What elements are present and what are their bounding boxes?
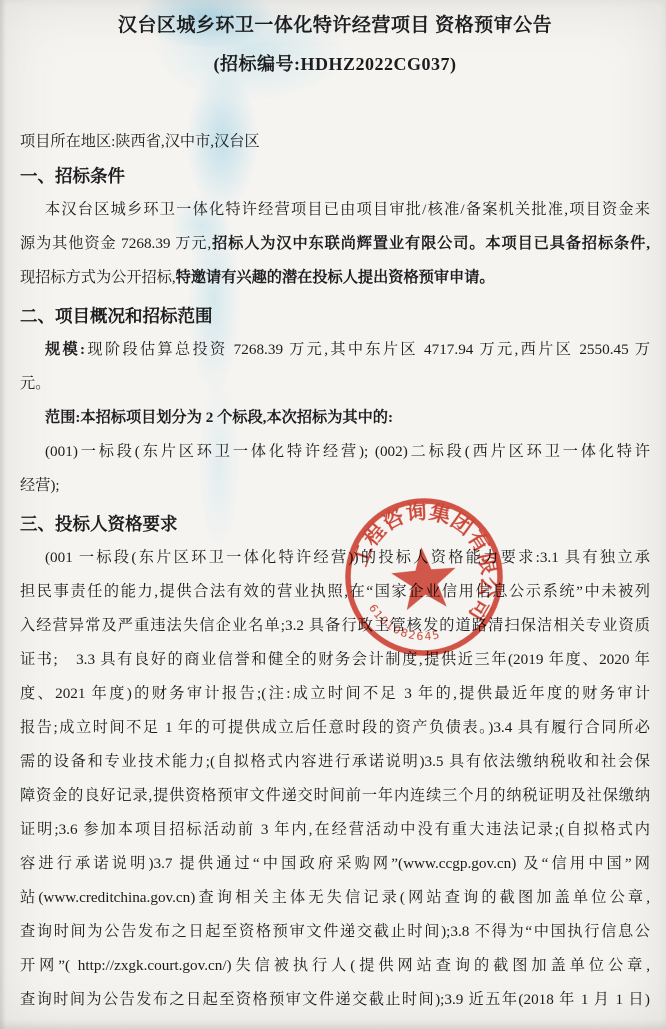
body-line: 规模:现阶段估算总投资 7268.39 万元,其中东片区 4717.94 万元,… (20, 333, 650, 367)
lots-line: (001)一标段(东片区环卫一体化特许经营); (002)二标段(西片区环卫一体… (20, 435, 650, 469)
body-line: 站(www.creditchina.gov.cn)查询相关主体无失信记录(网站查… (20, 881, 650, 915)
body-line: (001 一标段(东片区环卫一体化特许经营))的投标人资格能力要求:3.1 具有… (20, 541, 650, 575)
body-text: 源为其他资金 7268.39 万元, (20, 235, 211, 252)
section-heading-3: 三、投标人资格要求 (20, 507, 650, 541)
body-line: 查询时间为公告发布之日起至资格预审文件递交截止时间);3.9 近五年(2018 … (20, 983, 650, 1017)
body-line: 障资金的良好记录,提供资格预审文件递交时间前一年内连续三个月的纳税证明及社保缴纳 (20, 779, 650, 813)
scope-line: 范围:本招标项目划分为 2 个标段,本次招标为其中的: (20, 401, 650, 435)
body-line: 容进行承诺说明)3.7 提供通过“中国政府采购网”(www.ccgp.gov.c… (20, 847, 650, 881)
body-line: 担民事责任的能力,提供合法有效的营业执照,在“国家企业信用信息公示系统”中未被列 (20, 575, 650, 609)
body-line: 本汉台区城乡环卫一体化特许经营项目已由项目审批/核准/备案机关批准,项目资金来 (20, 193, 650, 227)
body-line: 现招标方式为公开招标,特邀请有兴趣的潜在投标人提出资格预审申请。 (20, 261, 650, 295)
body-line: 源为其他资金 7268.39 万元,招标人为汉中东联尚辉置业有限公司。本项目已具… (20, 227, 650, 261)
section-heading-2: 二、项目概况和招标范围 (20, 299, 650, 333)
body-line: 度、2021 年度)的财务审计报告;(注:成立时间不足 3 年的,提供最近年度的… (20, 677, 650, 711)
body-line: 元。 (20, 367, 650, 401)
tender-number-line: (招标编号:HDHZ2022CG037) (20, 51, 650, 77)
body-line: 证书; 3.3 具有良好的商业信誉和健全的财务会计制度,提供近三年(2019 年… (20, 643, 650, 677)
body-line: 查询时间为公告发布之日起至资格预审文件递交截止时间);3.8 不得为“中国执行信… (20, 915, 650, 949)
body-text: 现阶段估算总投资 7268.39 万元,其中东片区 4717.94 万元,西片区… (85, 341, 650, 358)
body-text: 现招标方式为公开招标, (20, 269, 176, 286)
body-line: 经营); (20, 469, 650, 503)
document-page: 汉台区城乡环卫一体化特许经营项目 资格预审公告 (招标编号:HDHZ2022CG… (0, 0, 666, 1029)
page-title: 汉台区城乡环卫一体化特许经营项目 资格预审公告 (20, 13, 650, 39)
body-line: 需的设备和专业技术能力;(自拟格式内容进行承诺说明)3.5 具有依法缴纳税收和社… (20, 745, 650, 779)
scale-label: 规模: (45, 341, 85, 358)
body-line: 报告;成立时间不足 1 年的可提供成立后任意时段的资产负债表。)3.4 具有履行… (20, 711, 650, 745)
body-line: 证明;3.6 参加本项目招标活动前 3 年内,在经营活动中没有重大违法记录;(自… (20, 813, 650, 847)
project-location-line: 项目所在地区:陕西省,汉中市,汉台区 (20, 125, 650, 159)
section-heading-1: 一、招标条件 (20, 159, 650, 193)
body-text-bold: 招标人为汉中东联尚辉置业有限公司。本项目已具备招标条件, (211, 235, 650, 252)
body-text-bold: 特邀请有兴趣的潜在投标人提出资格预审申请。 (176, 269, 495, 286)
document-content: 汉台区城乡环卫一体化特许经营项目 资格预审公告 (招标编号:HDHZ2022CG… (20, 0, 650, 1017)
body-line: 开网”( http://zxgk.court.gov.cn/)失信被执行人(提供… (20, 949, 650, 983)
body-line: 入经营异常及严重违法失信企业名单;3.2 具备行政主管核发的道路清扫保洁相关专业… (20, 609, 650, 643)
